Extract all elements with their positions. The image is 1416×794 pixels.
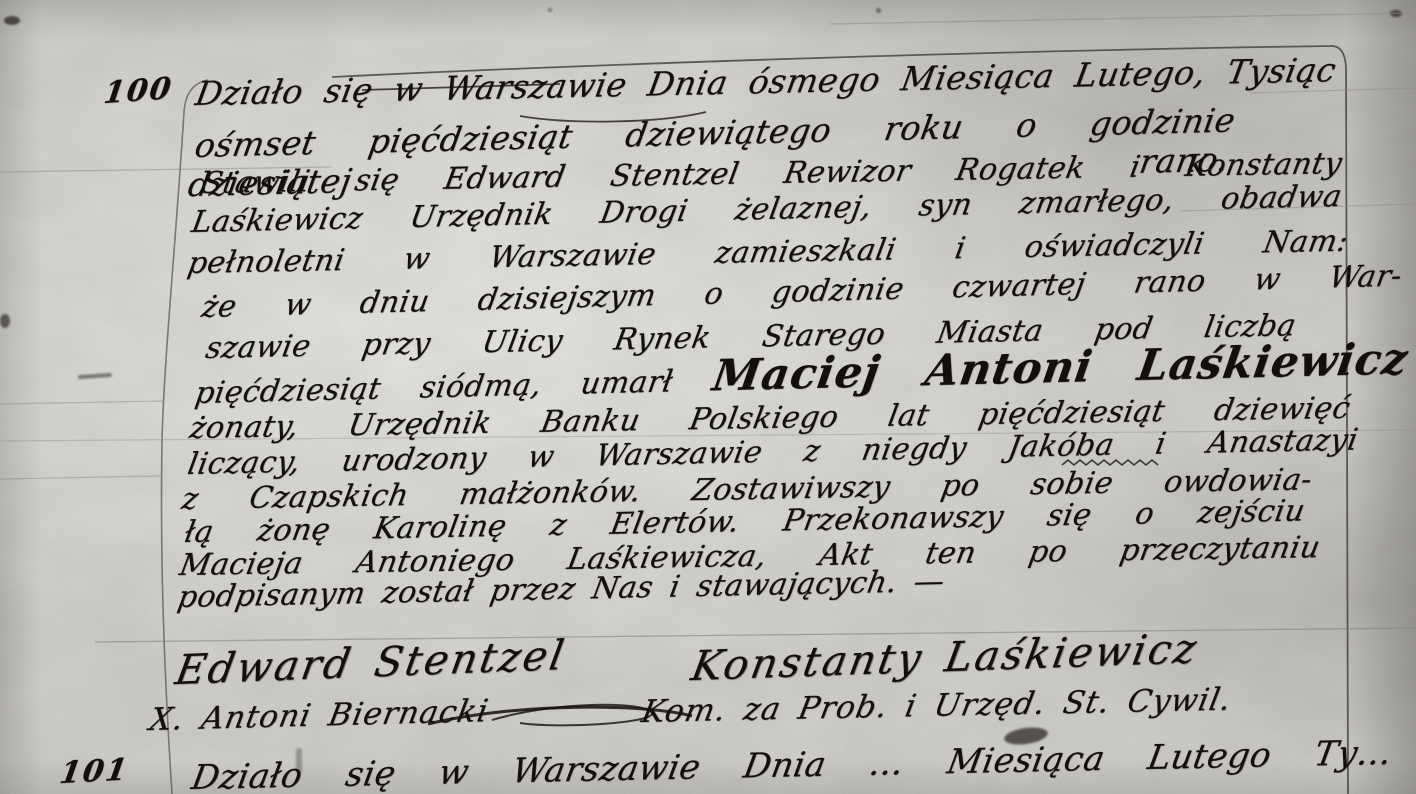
faint-rule-6 [0,476,160,479]
faint-rule-5 [0,401,164,404]
scanned-register-page: 100 Działo się w Warszawie Dnia ósmego M… [0,0,1416,794]
record-number: 100 [102,71,175,111]
next-record-number: 101 [57,752,131,791]
faint-rule-top [830,13,1416,24]
ink-layer: 100 Działo się w Warszawie Dnia ósmego M… [0,0,1416,794]
